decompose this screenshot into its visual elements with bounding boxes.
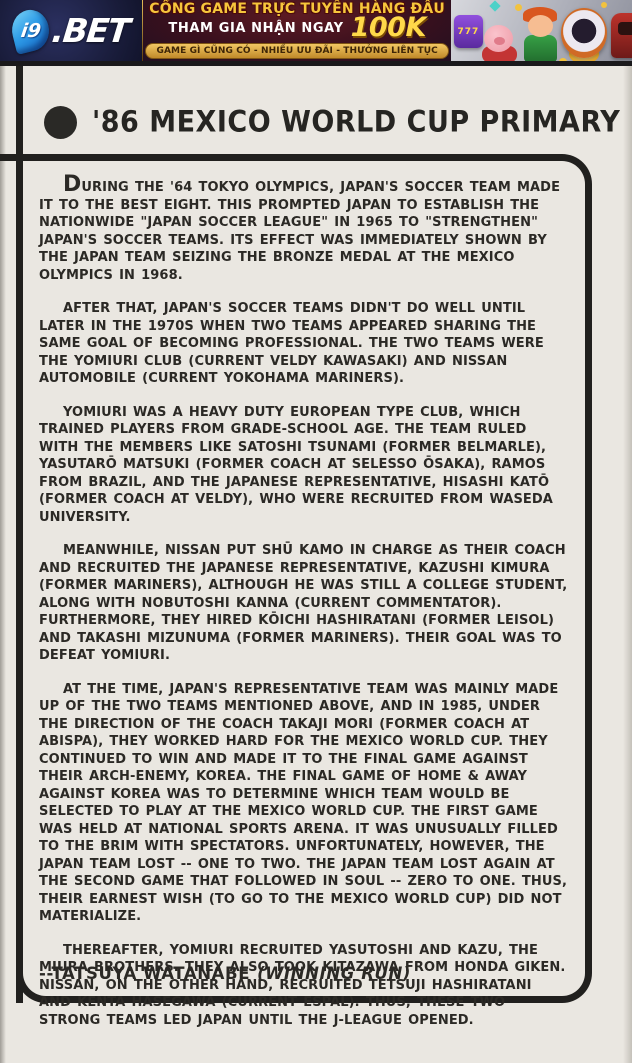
paragraph-5: AT THE TIME, JAPAN'S REPRESENTATIVE TEAM… — [39, 681, 569, 926]
ad-cta-row: THAM GIA NHẬN NGAY 100K — [168, 17, 425, 40]
author-signature: --TATSUYA WATANABE(WINNING RUN) — [39, 964, 411, 983]
astronaut-character-icon — [561, 8, 607, 58]
page-frame-horizontal-rule — [0, 154, 17, 161]
samurai-character-icon — [611, 13, 632, 58]
i9bet-logo-icon: i9 — [8, 6, 54, 55]
slot-machine-icon: 777 — [454, 15, 483, 48]
author-note-box: DURING THE '64 TOKYO OLYMPICS, JAPAN'S S… — [16, 154, 592, 1003]
author-name: --TATSUYA WATANABE — [39, 964, 250, 983]
ad-banner[interactable]: i9 .BET CỔNG GAME TRỰC TUYẾN HÀNG ĐẦU TH… — [0, 0, 632, 66]
chapter-title: '86 MEXICO WORLD CUP PRIMARY — [44, 102, 620, 142]
coin-icon — [559, 58, 567, 61]
paragraph-1: DURING THE '64 TOKYO OLYMPICS, JAPAN'S S… — [39, 176, 569, 284]
gem-icon — [489, 0, 500, 11]
page-left-edge-shadow — [0, 66, 6, 1063]
ad-text-section: CỔNG GAME TRỰC TUYẾN HÀNG ĐẦU THAM GIA N… — [143, 0, 450, 61]
ad-promo-pill: GAME GÌ CŨNG CÓ - NHIỀU ƯU ĐÃI - THƯỞNG … — [145, 43, 448, 59]
paragraph-3: YOMIURI WAS A HEAVY DUTY EUROPEAN TYPE C… — [39, 404, 569, 527]
logo-i9-text: i9 — [20, 20, 43, 42]
ad-cta-text: THAM GIA NHẬN NGAY — [168, 21, 343, 36]
leprechaun-character-icon — [528, 15, 553, 37]
logo-bet-text: .BET — [50, 11, 131, 50]
paragraph-2: AFTER THAT, JAPAN'S SOCCER TEAMS DIDN'T … — [39, 300, 569, 388]
work-title: (WINNING RUN) — [257, 964, 411, 983]
samurai-mask — [618, 22, 632, 35]
ad-logo-section: i9 .BET — [0, 0, 142, 61]
page-title: '86 MEXICO WORLD CUP PRIMARY — [92, 105, 620, 138]
paragraph-6: THEREAFTER, YOMIURI RECRUITED YASUTOSHI … — [39, 942, 569, 1030]
ad-bonus-amount: 100K — [351, 17, 426, 40]
page-right-edge-shadow — [623, 66, 632, 1063]
coin-icon — [515, 4, 522, 11]
pig-snout — [494, 37, 505, 45]
bullet-circle-icon — [44, 106, 77, 139]
leprechaun-character-body — [524, 35, 557, 61]
coin-icon — [601, 2, 607, 8]
paragraph-4: MEANWHILE, NISSAN PUT SHŪ KAMO IN CHARGE… — [39, 542, 569, 665]
manga-page-screenshot: i9 .BET CỔNG GAME TRỰC TUYẾN HÀNG ĐẦU TH… — [0, 0, 632, 1063]
ad-characters-section: 777 — [451, 0, 632, 61]
